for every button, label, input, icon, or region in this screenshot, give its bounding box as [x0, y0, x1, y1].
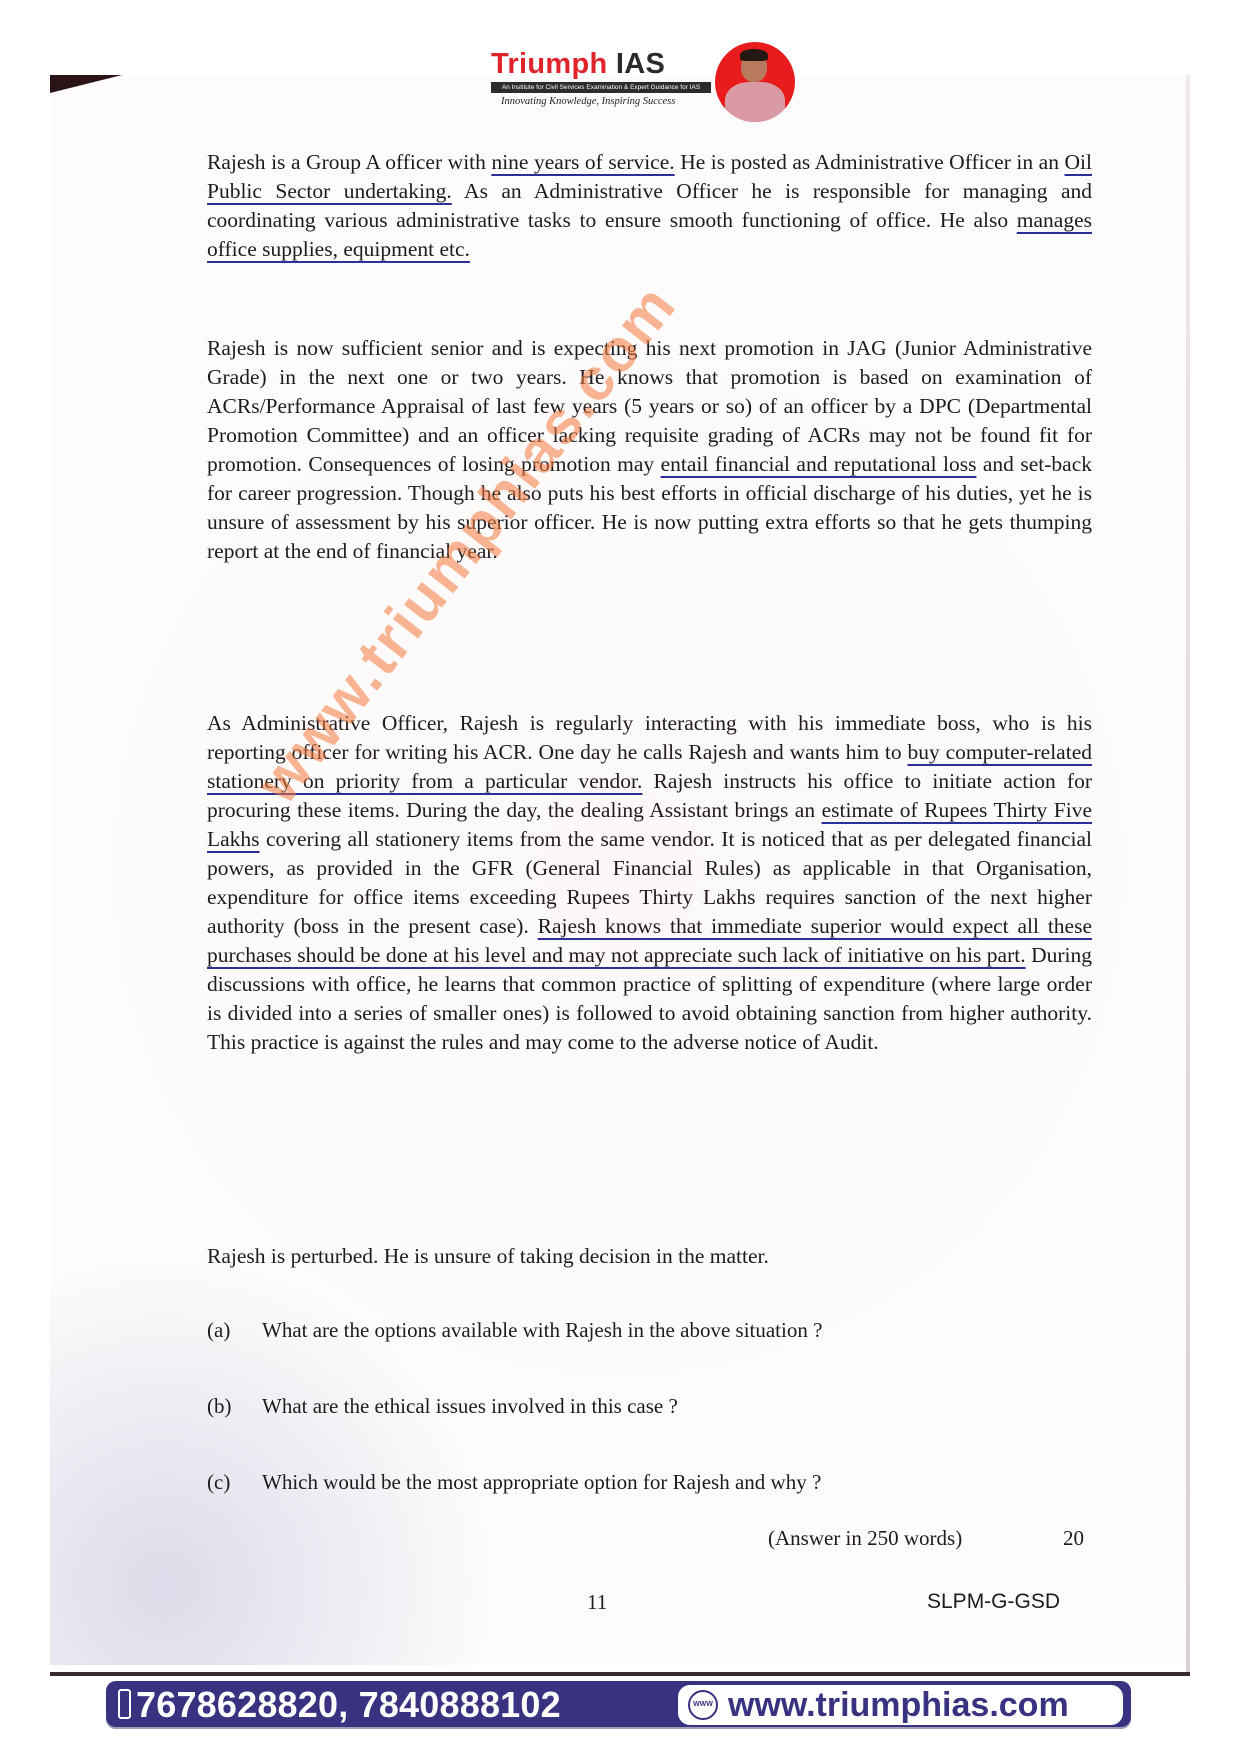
question-b: (b)What are the ethical issues involved … [207, 1392, 1092, 1420]
question-label: (b) [207, 1392, 262, 1420]
question-text: Which would be the most appropriate opti… [262, 1470, 821, 1494]
page-edge [50, 1672, 1190, 1676]
paper-code: SLPM-G-GSD [927, 1590, 1060, 1614]
paragraph-text: He is posted as Administrative Officer i… [675, 150, 1065, 174]
question-label: (a) [207, 1316, 262, 1344]
case-paragraph-3: As Administrative Officer, Rajesh is reg… [207, 709, 1092, 1057]
founder-photo [715, 42, 795, 122]
pen-underlined-text: nine years of service. [491, 150, 674, 174]
marks: 20 [1063, 1526, 1084, 1551]
logo-title-part2: IAS [616, 48, 665, 80]
website-badge[interactable]: WWW www.triumphias.com [678, 1685, 1123, 1725]
logo-subtitle: An Institute for Civil Services Examinat… [491, 82, 711, 93]
logo-tagline: Innovating Knowledge, Inspiring Success [501, 96, 675, 107]
photo-shirt [725, 82, 785, 122]
page-number: 11 [587, 1590, 607, 1615]
question-label: (c) [207, 1468, 262, 1496]
paragraph-text: Rajesh is perturbed. He is unsure of tak… [207, 1244, 769, 1268]
case-paragraph-1: Rajesh is a Group A officer with nine ye… [207, 148, 1092, 264]
paragraph-text: Rajesh is a Group A officer with [207, 150, 491, 174]
website-link[interactable]: www.triumphias.com [728, 1685, 1069, 1725]
triumph-ias-logo: Triumph IAS An Institute for Civil Servi… [487, 42, 807, 122]
mobile-phone-icon [118, 1689, 131, 1719]
logo-title: Triumph IAS [491, 50, 665, 79]
question-text: What are the ethical issues involved in … [262, 1394, 678, 1418]
page-edge [1186, 75, 1190, 1675]
case-paragraph-2: Rajesh is now sufficient senior and is e… [207, 334, 1092, 566]
photo-hair [740, 49, 768, 61]
contact-footer-bar: 7678628820, 7840888102 WWW www.triumphia… [106, 1681, 1131, 1729]
question-a: (a)What are the options available with R… [207, 1316, 1092, 1344]
word-limit-note: (Answer in 250 words) [768, 1526, 962, 1551]
globe-www-icon: WWW [688, 1690, 718, 1720]
question-text: What are the options available with Raje… [262, 1318, 822, 1342]
question-c: (c)Which would be the most appropriate o… [207, 1468, 1092, 1496]
case-paragraph-4: Rajesh is perturbed. He is unsure of tak… [207, 1242, 1092, 1271]
logo-title-part1: Triumph [491, 48, 608, 80]
contact-phone-numbers[interactable]: 7678628820, 7840888102 [136, 1685, 561, 1725]
pen-underlined-text: entail financial and reputational loss [661, 452, 977, 476]
